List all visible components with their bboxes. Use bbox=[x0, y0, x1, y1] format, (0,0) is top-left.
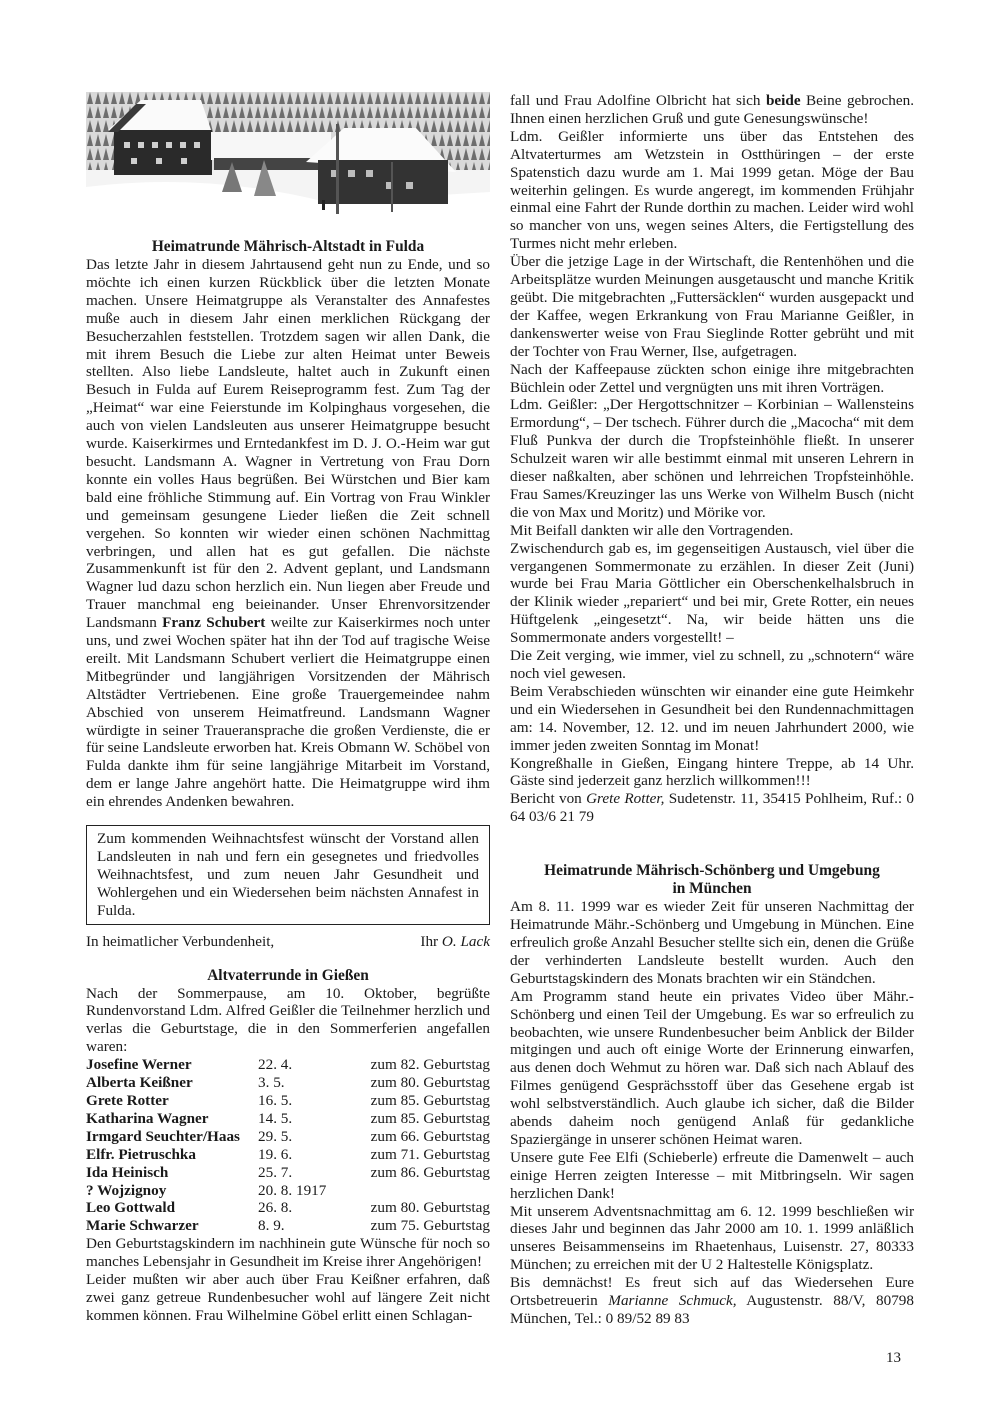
section-title-muenchen-line1: Heimatrunde Mährisch-Schönberg und Umgeb… bbox=[544, 862, 880, 879]
christmas-greeting-text: Zum kommenden Weihnachtsfest wünscht der… bbox=[97, 830, 479, 920]
table-row: Marie Schwarzer8. 9.zum 75. Geburtstag bbox=[86, 1217, 490, 1235]
giessen-cont-p3: Über die jetzige Lage in der Wirtschaft,… bbox=[510, 253, 914, 360]
table-row: Leo Gottwald26. 8.zum 80. Geburtstag bbox=[86, 1199, 490, 1217]
birthday-name: Grete Rotter bbox=[86, 1092, 258, 1110]
birthday-table: Josefine Werner22. 4.zum 82. Geburtstag … bbox=[86, 1056, 490, 1235]
section-spacer bbox=[510, 826, 914, 844]
birthday-date: 25. 7. bbox=[258, 1164, 362, 1182]
birthday-date: 29. 5. bbox=[258, 1128, 362, 1146]
giessen-cont-p2: Ldm. Geißler informierte uns über das En… bbox=[510, 128, 914, 253]
giessen-cont-p8: Die Zeit verging, wie immer, viel zu sch… bbox=[510, 647, 914, 683]
giessen-cont-p1-text-1: fall und Frau Adolfine Olbricht hat sich bbox=[510, 92, 766, 109]
fulda-body-text-2: weilte zur Kaiserkirmes noch unter uns, … bbox=[86, 614, 490, 810]
signoff-text: In heimatlicher Verbundenheit, bbox=[86, 933, 274, 951]
giessen-news-text: Leider mußten wir aber auch über Frau Ke… bbox=[86, 1271, 490, 1325]
signoff-prefix: Ihr bbox=[420, 933, 442, 950]
section-title-muenchen: Heimatrunde Mährisch-Schönberg und Umgeb… bbox=[510, 862, 914, 898]
birthday-date: 3. 5. bbox=[258, 1074, 362, 1092]
birthday-age bbox=[362, 1182, 490, 1200]
table-row: ? Wojzignoy20. 8. 1917 bbox=[86, 1182, 490, 1200]
fulda-report-body: Das letzte Jahr in diesem Jahrtausend ge… bbox=[86, 256, 490, 811]
left-column: Heimatrunde Mährisch-Altstadt in Fulda D… bbox=[86, 92, 490, 1325]
section-title-fulda: Heimatrunde Mährisch-Altstadt in Fulda bbox=[86, 238, 490, 256]
birthday-name: Katharina Wagner bbox=[86, 1110, 258, 1128]
giessen-cont-p10: Kongreßhalle in Gießen, Eingang hintere … bbox=[510, 755, 914, 791]
birthday-name: Elfr. Pietruschka bbox=[86, 1146, 258, 1164]
table-row: Ida Heinisch25. 7.zum 86. Geburtstag bbox=[86, 1164, 490, 1182]
giessen-cont-p1: fall und Frau Adolfine Olbricht hat sich… bbox=[510, 92, 914, 128]
birthday-date: 14. 5. bbox=[258, 1110, 362, 1128]
birthday-age: zum 66. Geburtstag bbox=[362, 1128, 490, 1146]
muenchen-p3: Unsere gute Fee Elfi (Schieberle) erfreu… bbox=[510, 1149, 914, 1203]
muenchen-p5: Bis demnächst! Es freut sich auf das Wie… bbox=[510, 1274, 914, 1328]
bold-name-franz-schubert: Franz Schubert bbox=[162, 614, 265, 631]
birthday-age: zum 75. Geburtstag bbox=[362, 1217, 490, 1235]
birthday-wishes: Den Geburtstagskindern im nachhinein gut… bbox=[86, 1235, 490, 1271]
birthday-age: zum 82. Geburtstag bbox=[362, 1056, 490, 1074]
giessen-cont-p4: Nach der Kaffeepause zückten schon einig… bbox=[510, 361, 914, 397]
muenchen-p1: Am 8. 11. 1999 war es wieder Zeit für un… bbox=[510, 898, 914, 988]
byline-prefix: Bericht von bbox=[510, 790, 586, 807]
section-title-giessen: Altvaterrunde in Gießen bbox=[86, 967, 490, 985]
bold-word-beide: beide bbox=[766, 92, 801, 109]
table-row: Katharina Wagner14. 5.zum 85. Geburtstag bbox=[86, 1110, 490, 1128]
birthday-age: zum 80. Geburtstag bbox=[362, 1074, 490, 1092]
table-row: Irmgard Seuchter/Haas29. 5.zum 66. Gebur… bbox=[86, 1128, 490, 1146]
birthday-date: 16. 5. bbox=[258, 1092, 362, 1110]
birthday-name: Ida Heinisch bbox=[86, 1164, 258, 1182]
photo-snowy-houses-icon bbox=[86, 92, 490, 214]
christmas-greeting-box: Zum kommenden Weihnachtsfest wünscht der… bbox=[86, 825, 490, 925]
birthday-date: 20. 8. 1917 bbox=[258, 1182, 362, 1200]
table-row: Josefine Werner22. 4.zum 82. Geburtstag bbox=[86, 1056, 490, 1074]
birthday-age: zum 85. Geburtstag bbox=[362, 1092, 490, 1110]
page-number: 13 bbox=[886, 1350, 901, 1367]
birthday-date: 8. 9. bbox=[258, 1217, 362, 1235]
fulda-body-text-1: Das letzte Jahr in diesem Jahrtausend ge… bbox=[86, 256, 490, 631]
table-row: Grete Rotter16. 5.zum 85. Geburtstag bbox=[86, 1092, 490, 1110]
photo-snowy-houses bbox=[86, 92, 490, 214]
section-title-muenchen-line2: in München bbox=[672, 880, 751, 897]
signoff: In heimatlicher Verbundenheit, Ihr O. La… bbox=[86, 933, 490, 951]
muenchen-p2: Am Programm stand heute ein privates Vid… bbox=[510, 988, 914, 1149]
birthday-date: 19. 6. bbox=[258, 1146, 362, 1164]
muenchen-contact-name: Marianne Schmuck, bbox=[608, 1292, 736, 1309]
birthday-date: 26. 8. bbox=[258, 1199, 362, 1217]
birthday-name: ? Wojzignoy bbox=[86, 1182, 258, 1200]
birthday-name: Leo Gottwald bbox=[86, 1199, 258, 1217]
right-column: fall und Frau Adolfine Olbricht hat sich… bbox=[510, 92, 914, 1328]
birthday-age: zum 85. Geburtstag bbox=[362, 1110, 490, 1128]
section-spacer bbox=[510, 844, 914, 862]
birthday-date: 22. 4. bbox=[258, 1056, 362, 1074]
birthday-name: Josefine Werner bbox=[86, 1056, 258, 1074]
muenchen-p4: Mit unserem Adventsnachmittag am 6. 12. … bbox=[510, 1203, 914, 1275]
byline-author: Grete Rotter, bbox=[586, 790, 664, 807]
birthday-name: Irmgard Seuchter/Haas bbox=[86, 1128, 258, 1146]
giessen-report-byline: Bericht von Grete Rotter, Sudetenstr. 11… bbox=[510, 790, 914, 826]
giessen-intro: Nach der Sommerpause, am 10. Oktober, be… bbox=[86, 985, 490, 1057]
birthday-name: Alberta Keißner bbox=[86, 1074, 258, 1092]
table-row: Alberta Keißner3. 5.zum 80. Geburtstag bbox=[86, 1074, 490, 1092]
signoff-name: O. Lack bbox=[442, 933, 490, 950]
giessen-cont-p6: Mit Beifall dankten wir alle den Vortrag… bbox=[510, 522, 914, 540]
birthday-age: zum 71. Geburtstag bbox=[362, 1146, 490, 1164]
birthday-age: zum 80. Geburtstag bbox=[362, 1199, 490, 1217]
birthday-name: Marie Schwarzer bbox=[86, 1217, 258, 1235]
signoff-signature: Ihr O. Lack bbox=[420, 933, 490, 951]
giessen-cont-p7: Zwischendurch gab es, im gegenseitigen A… bbox=[510, 540, 914, 647]
giessen-cont-p5: Ldm. Geißler: „Der Hergottschnitzer – Ko… bbox=[510, 396, 914, 521]
giessen-cont-p9: Beim Verabschieden wünschten wir einande… bbox=[510, 683, 914, 755]
birthday-age: zum 86. Geburtstag bbox=[362, 1164, 490, 1182]
table-row: Elfr. Pietruschka19. 6.zum 71. Geburtsta… bbox=[86, 1146, 490, 1164]
